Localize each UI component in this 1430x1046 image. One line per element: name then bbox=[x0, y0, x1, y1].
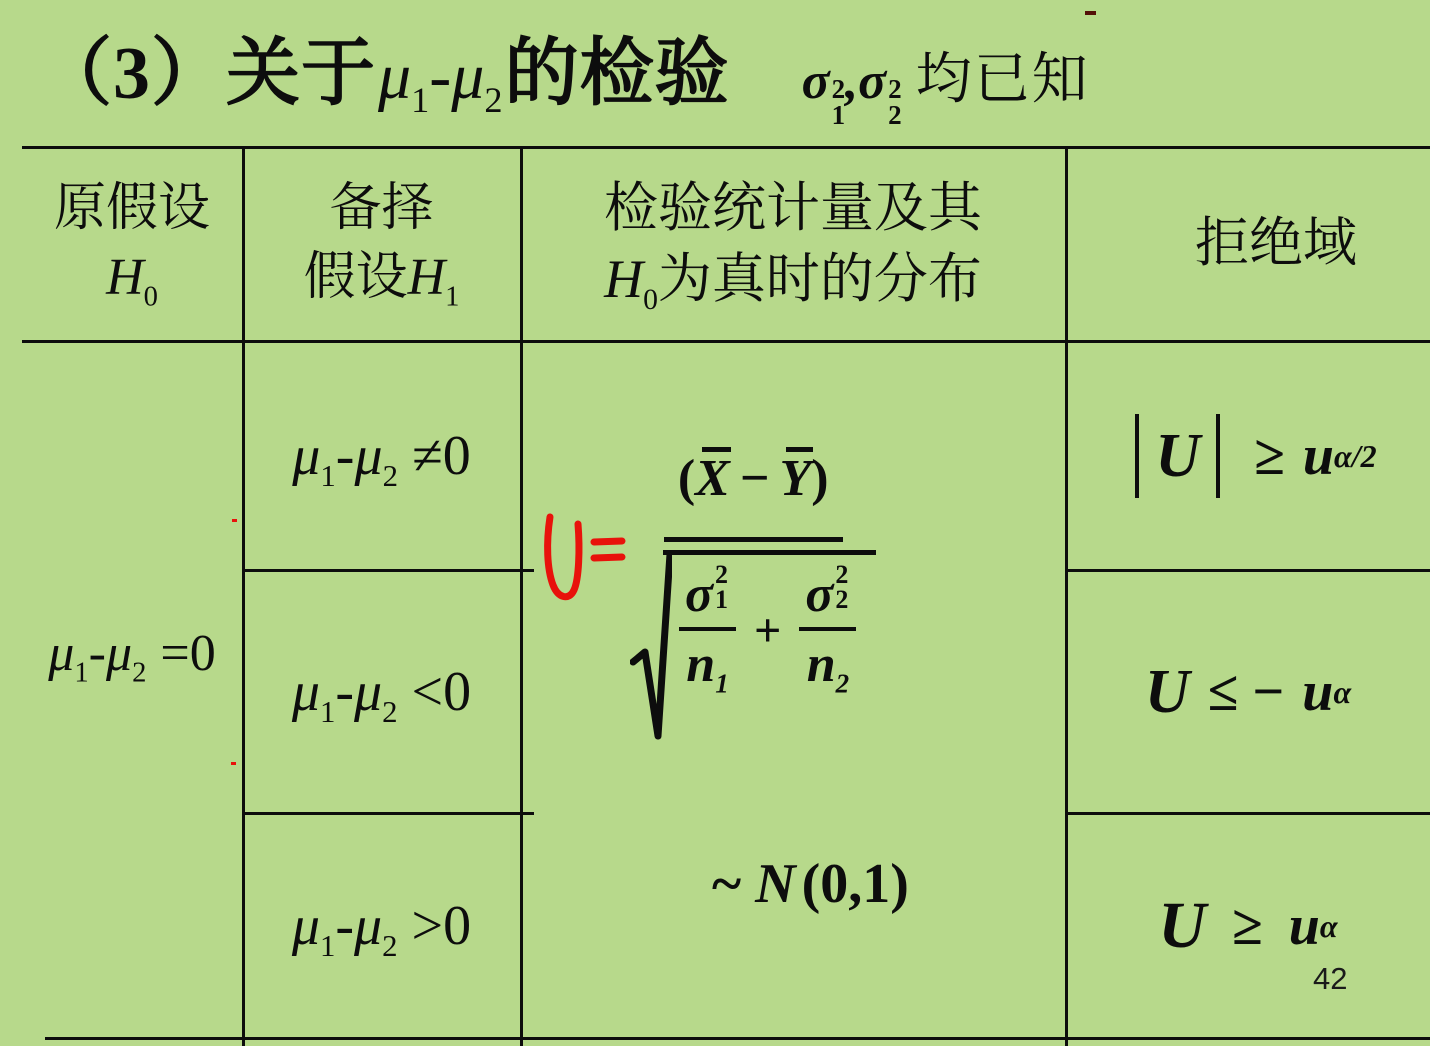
test-statistic-formula: (X−Y) σ21 n1 + σ22 n2 bbox=[538, 445, 876, 746]
sigma2-over-n2: σ22 n2 bbox=[799, 569, 856, 691]
title-known-text: 均已知 bbox=[916, 35, 1090, 115]
fraction-denominator: σ21 n1 + σ22 n2 bbox=[630, 550, 876, 746]
distribution-label: ~N(0,1) bbox=[712, 852, 909, 916]
header-rejection-region: 拒绝域 bbox=[1066, 150, 1430, 338]
rejection-cell-less-than: U≤ −uα bbox=[1066, 572, 1430, 812]
alternative-cell-two-sided: μ1-μ2≠0 bbox=[243, 343, 520, 569]
y-bar: Y bbox=[779, 451, 811, 507]
stray-mark bbox=[1085, 11, 1096, 15]
title-sigma-condition: σ21, σ22 均已知 bbox=[802, 35, 1090, 128]
page-number: 42 bbox=[1313, 961, 1347, 997]
rejection-cell-greater-than: U≥uα bbox=[1066, 815, 1430, 1037]
alternative-cell-less-than: μ1-μ2<0 bbox=[243, 572, 520, 812]
fraction-numerator: (X−Y) bbox=[664, 445, 843, 542]
slide-background: （3）关于 μ1-μ2 的检验 σ21, σ22 均已知 原假设 H0 备择 假… bbox=[0, 0, 1430, 1046]
title-mu-expression: μ1-μ2 bbox=[378, 39, 503, 115]
header-test-statistic: 检验统计量及其 H0为真时的分布 bbox=[521, 150, 1065, 338]
title-suffix: 的检验 bbox=[505, 14, 730, 120]
alternative-cell-greater-than: μ1-μ2>0 bbox=[243, 815, 520, 1037]
table-border-top bbox=[22, 146, 1430, 149]
sigma1-over-n1: σ21 n1 bbox=[679, 569, 736, 691]
table-border-bottom bbox=[45, 1037, 1430, 1040]
radicand: σ21 n1 + σ22 n2 bbox=[663, 550, 876, 691]
page-title: （3）关于 μ1-μ2 的检验 σ21, σ22 均已知 bbox=[38, 14, 1090, 128]
header-alternative-hypothesis: 备择 假设H1 bbox=[243, 150, 520, 338]
rejection-cell-two-sided: U≥uα/2 bbox=[1066, 343, 1430, 569]
statistic-fraction: (X−Y) σ21 n1 + σ22 n2 bbox=[630, 445, 876, 746]
abs-bar-right bbox=[1216, 414, 1220, 498]
x-bar: X bbox=[695, 451, 730, 507]
abs-bar-left bbox=[1135, 414, 1139, 498]
title-prefix: （3）关于 bbox=[38, 14, 376, 120]
handwritten-u-equals-annotation bbox=[538, 509, 630, 613]
null-hypothesis-cell: μ1-μ2=0 bbox=[18, 306, 246, 1000]
plus-sign: + bbox=[754, 603, 781, 658]
